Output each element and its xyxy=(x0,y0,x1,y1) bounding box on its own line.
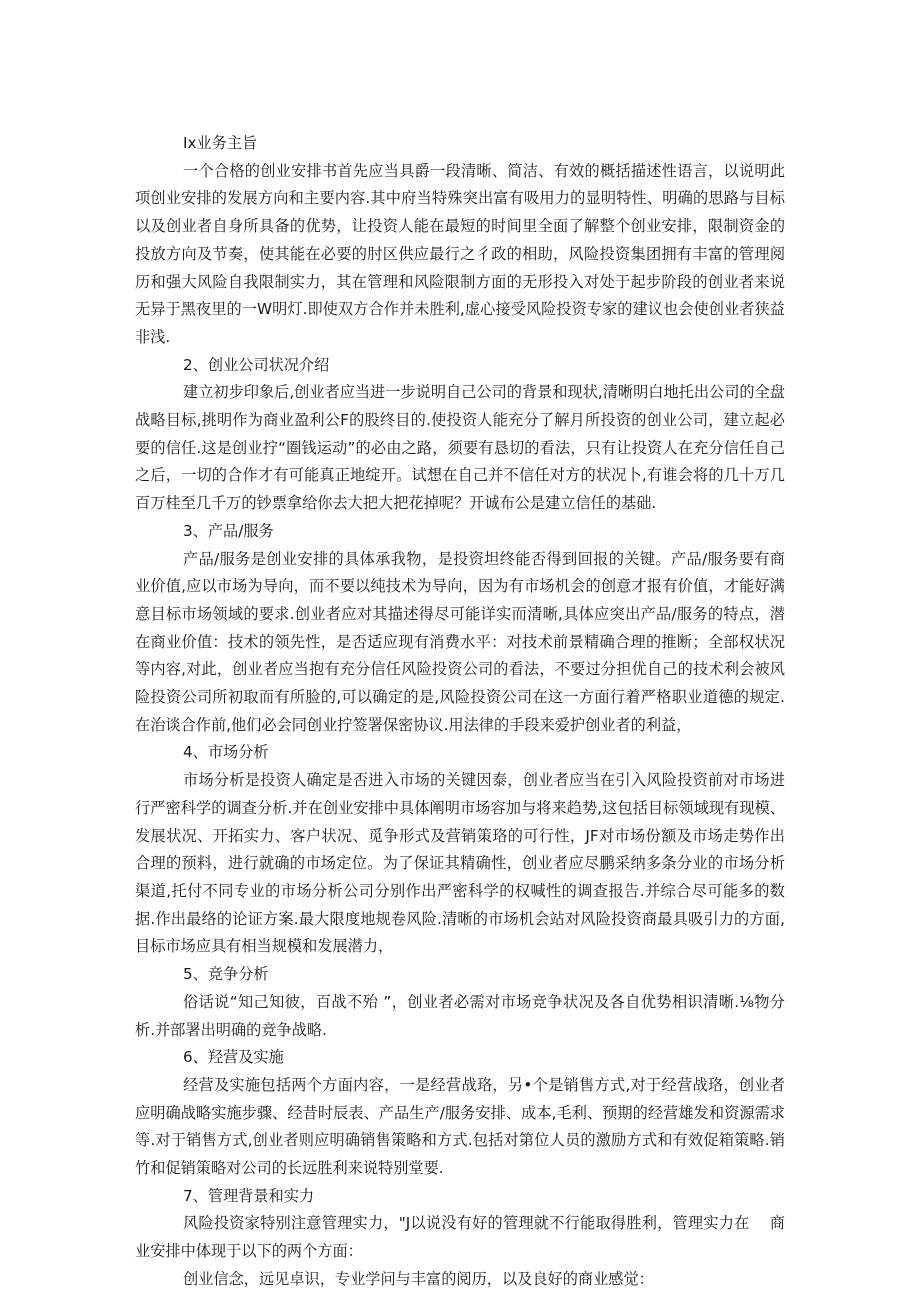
section-paragraph: 风险投资家特别注意管理实力，"J以说没有好的管理就不行能取得胜利，管理实力在 商… xyxy=(135,1210,785,1265)
section-paragraph: 经营及实施包括两个方面内容，一是经营战珞，另•个是销售方式,对于经营战珞，创业者… xyxy=(135,1072,785,1183)
section-heading-operations: 6、羟营及实施 xyxy=(135,1044,785,1072)
section-heading-product-service: 3、产品/服务 xyxy=(135,518,785,546)
section-paragraph: 一个合格的创业安排书首先应当具爵一段清晰、简洁、有效的概括描述性语言，以说明此项… xyxy=(135,158,785,352)
section-heading-market-analysis: 4、市场分析 xyxy=(135,739,785,767)
section-paragraph: 俗话说“知己知彼，百战不殆 ”，创业者必需对市场竞争状况及各自优势相识清晰.⅛物… xyxy=(135,989,785,1044)
section-heading-management: 7、管理背景和实力 xyxy=(135,1183,785,1211)
section-paragraph: 创业信念，远见卓识，专业学问与丰富的阅历，以及良好的商业感觉： xyxy=(135,1266,785,1294)
section-heading-business-purpose: Ix业务主旨 xyxy=(135,130,785,158)
document-page: Ix业务主旨 一个合格的创业安排书首先应当具爵一段清晰、简洁、有效的概括描述性语… xyxy=(135,130,785,1294)
section-paragraph: 市场分析是投资人确定是否进入市场的关键因泰，创业者应当在引入风险投资前对市场进行… xyxy=(135,767,785,961)
section-paragraph: 产品/服务是创业安排的具体承我物，是投资坦终能否得到回报的关键。产品/服务要有商… xyxy=(135,546,785,740)
section-paragraph: 建立初步印象后,创业者应当进一步说明自己公司的背景和现状,清晰明白地托出公司的全… xyxy=(135,379,785,518)
section-heading-company-overview: 2、创业公司状况介绍 xyxy=(135,352,785,380)
section-heading-competition-analysis: 5、竞争分析 xyxy=(135,961,785,989)
